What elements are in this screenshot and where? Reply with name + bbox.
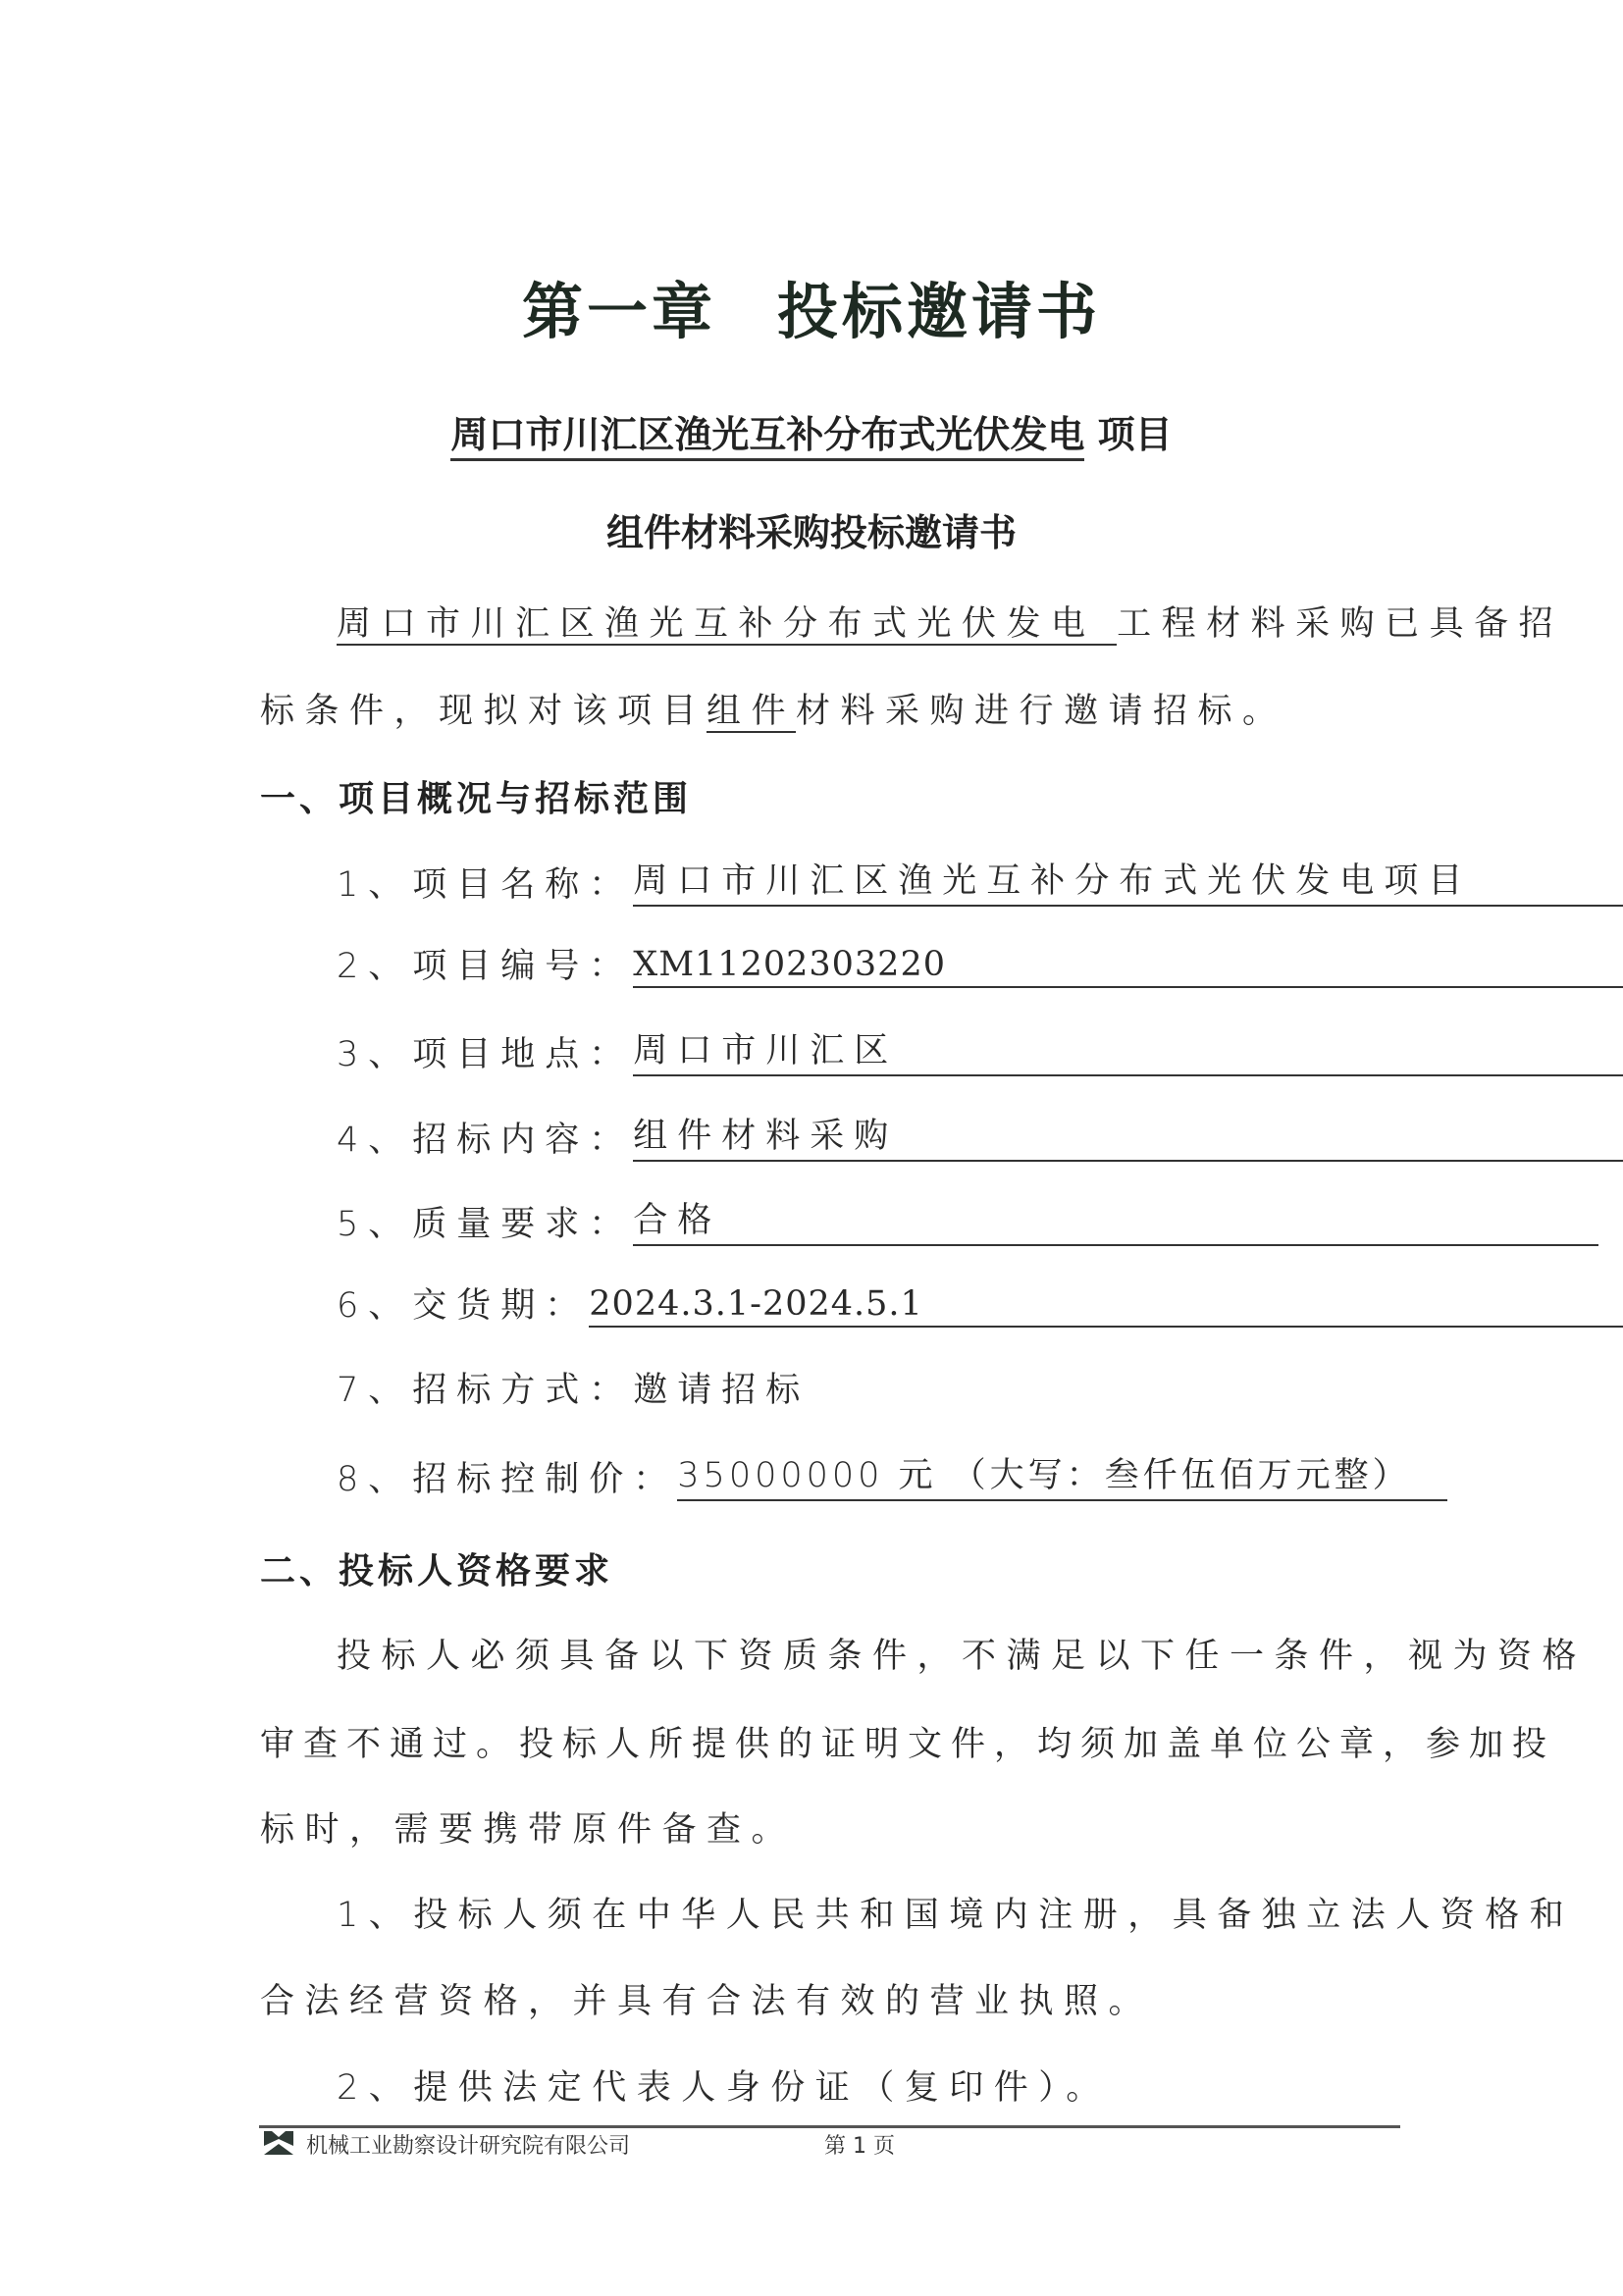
chapter-name: 投标邀请书 — [777, 276, 1101, 347]
intro-line-2-after: 材料采购进行邀请招标。 — [796, 692, 1287, 731]
qualification-para-line-3: 标时，需要携带原件备查。 — [260, 1802, 796, 1852]
requirement-1-line-1: 1、投标人须在中华人民共和国境内注册，具备独立法人资格和 — [337, 1888, 1574, 1937]
item-label: 2、项目编号： — [337, 939, 633, 988]
item-value: 周口市川汇区渔光互补分布式光伏发电项目 — [633, 854, 1623, 907]
footer-page-number: 第 1 页 — [824, 2129, 895, 2160]
intro-line-1-rest: 工程材料采购已具备招 — [1117, 604, 1563, 644]
item-label: 1、项目名称： — [337, 858, 633, 907]
item-value: 2024.3.1-2024.5.1 — [589, 1284, 1623, 1328]
item-label: 8、招标控制价： — [337, 1452, 677, 1501]
intro-project-name: 周口市川汇区渔光互补分布式光伏发电 — [337, 604, 1096, 646]
item-project-code: 2、项目编号： XM11202303220 — [337, 939, 1623, 988]
item-label: 3、项目地点： — [337, 1027, 633, 1076]
section-2-heading: 二、投标人资格要求 — [260, 1543, 613, 1593]
item-value: 合格 — [633, 1193, 1598, 1246]
subtitle-line-2: 组件材料采购投标邀请书 — [0, 502, 1623, 556]
project-name-underlined: 周口市川汇区渔光互补分布式光伏发电 — [450, 413, 1084, 461]
company-logo-icon — [263, 2131, 294, 2155]
footer-divider — [259, 2125, 1400, 2128]
intro-line-2-before: 标条件，现拟对该项目 — [260, 692, 707, 731]
intro-line-2: 标条件，现拟对该项目组件材料采购进行邀请招标。 — [260, 684, 1287, 733]
subtitle-line-1: 周口市川汇区渔光互补分布式光伏发电 项目 — [0, 404, 1623, 458]
subtitle-suffix: 项目 — [1098, 413, 1173, 456]
item-label: 6、交货期： — [337, 1278, 589, 1328]
qualification-para-line-2: 审查不通过。投标人所提供的证明文件，均须加盖单位公章，参加投 — [260, 1717, 1555, 1766]
item-value: 组件材料采购 — [633, 1109, 1623, 1162]
item-value: 周口市川汇区 — [633, 1023, 1623, 1076]
chapter-title: 第一章投标邀请书 — [0, 263, 1623, 350]
qualification-para-line-1: 投标人必须具备以下资质条件，不满足以下任一条件，视为资格 — [337, 1629, 1587, 1678]
item-label: 4、招标内容： — [337, 1113, 633, 1162]
item-control-price: 8、招标控制价： 35000000 元 （大写：叁仟伍佰万元整） — [337, 1448, 1447, 1501]
item-delivery: 6、交货期： 2024.3.1-2024.5.1 — [337, 1278, 1623, 1328]
intro-component: 组件 — [707, 692, 796, 733]
chapter-number: 第一章 — [522, 276, 716, 347]
requirement-1-line-2: 合法经营资格，并具有合法有效的营业执照。 — [260, 1974, 1153, 2023]
item-project-location: 3、项目地点： 周口市川汇区 — [337, 1023, 1623, 1076]
item-label: 7、招标方式： — [337, 1363, 633, 1412]
section-1-heading: 一、项目概况与招标范围 — [260, 771, 692, 821]
item-project-name: 1、项目名称： 周口市川汇区渔光互补分布式光伏发电项目 — [337, 854, 1623, 907]
item-value: XM11202303220 — [633, 945, 1623, 988]
item-bid-content: 4、招标内容： 组件材料采购 — [337, 1109, 1623, 1162]
footer-company: 机械工业勘察设计研究院有限公司 — [306, 2129, 630, 2160]
requirement-2: 2、提供法定代表人身份证（复印件）。 — [337, 2061, 1111, 2110]
item-value: 邀请招标 — [633, 1363, 810, 1412]
intro-line-1: 周口市川汇区渔光互补分布式光伏发电 工程材料采购已具备招 — [337, 597, 1563, 646]
item-quality: 5、质量要求： 合格 — [337, 1193, 1598, 1246]
item-bid-method: 7、招标方式： 邀请招标 — [337, 1363, 810, 1412]
item-label: 5、质量要求： — [337, 1197, 633, 1246]
item-value: 35000000 元 （大写：叁仟伍佰万元整） — [677, 1448, 1447, 1501]
